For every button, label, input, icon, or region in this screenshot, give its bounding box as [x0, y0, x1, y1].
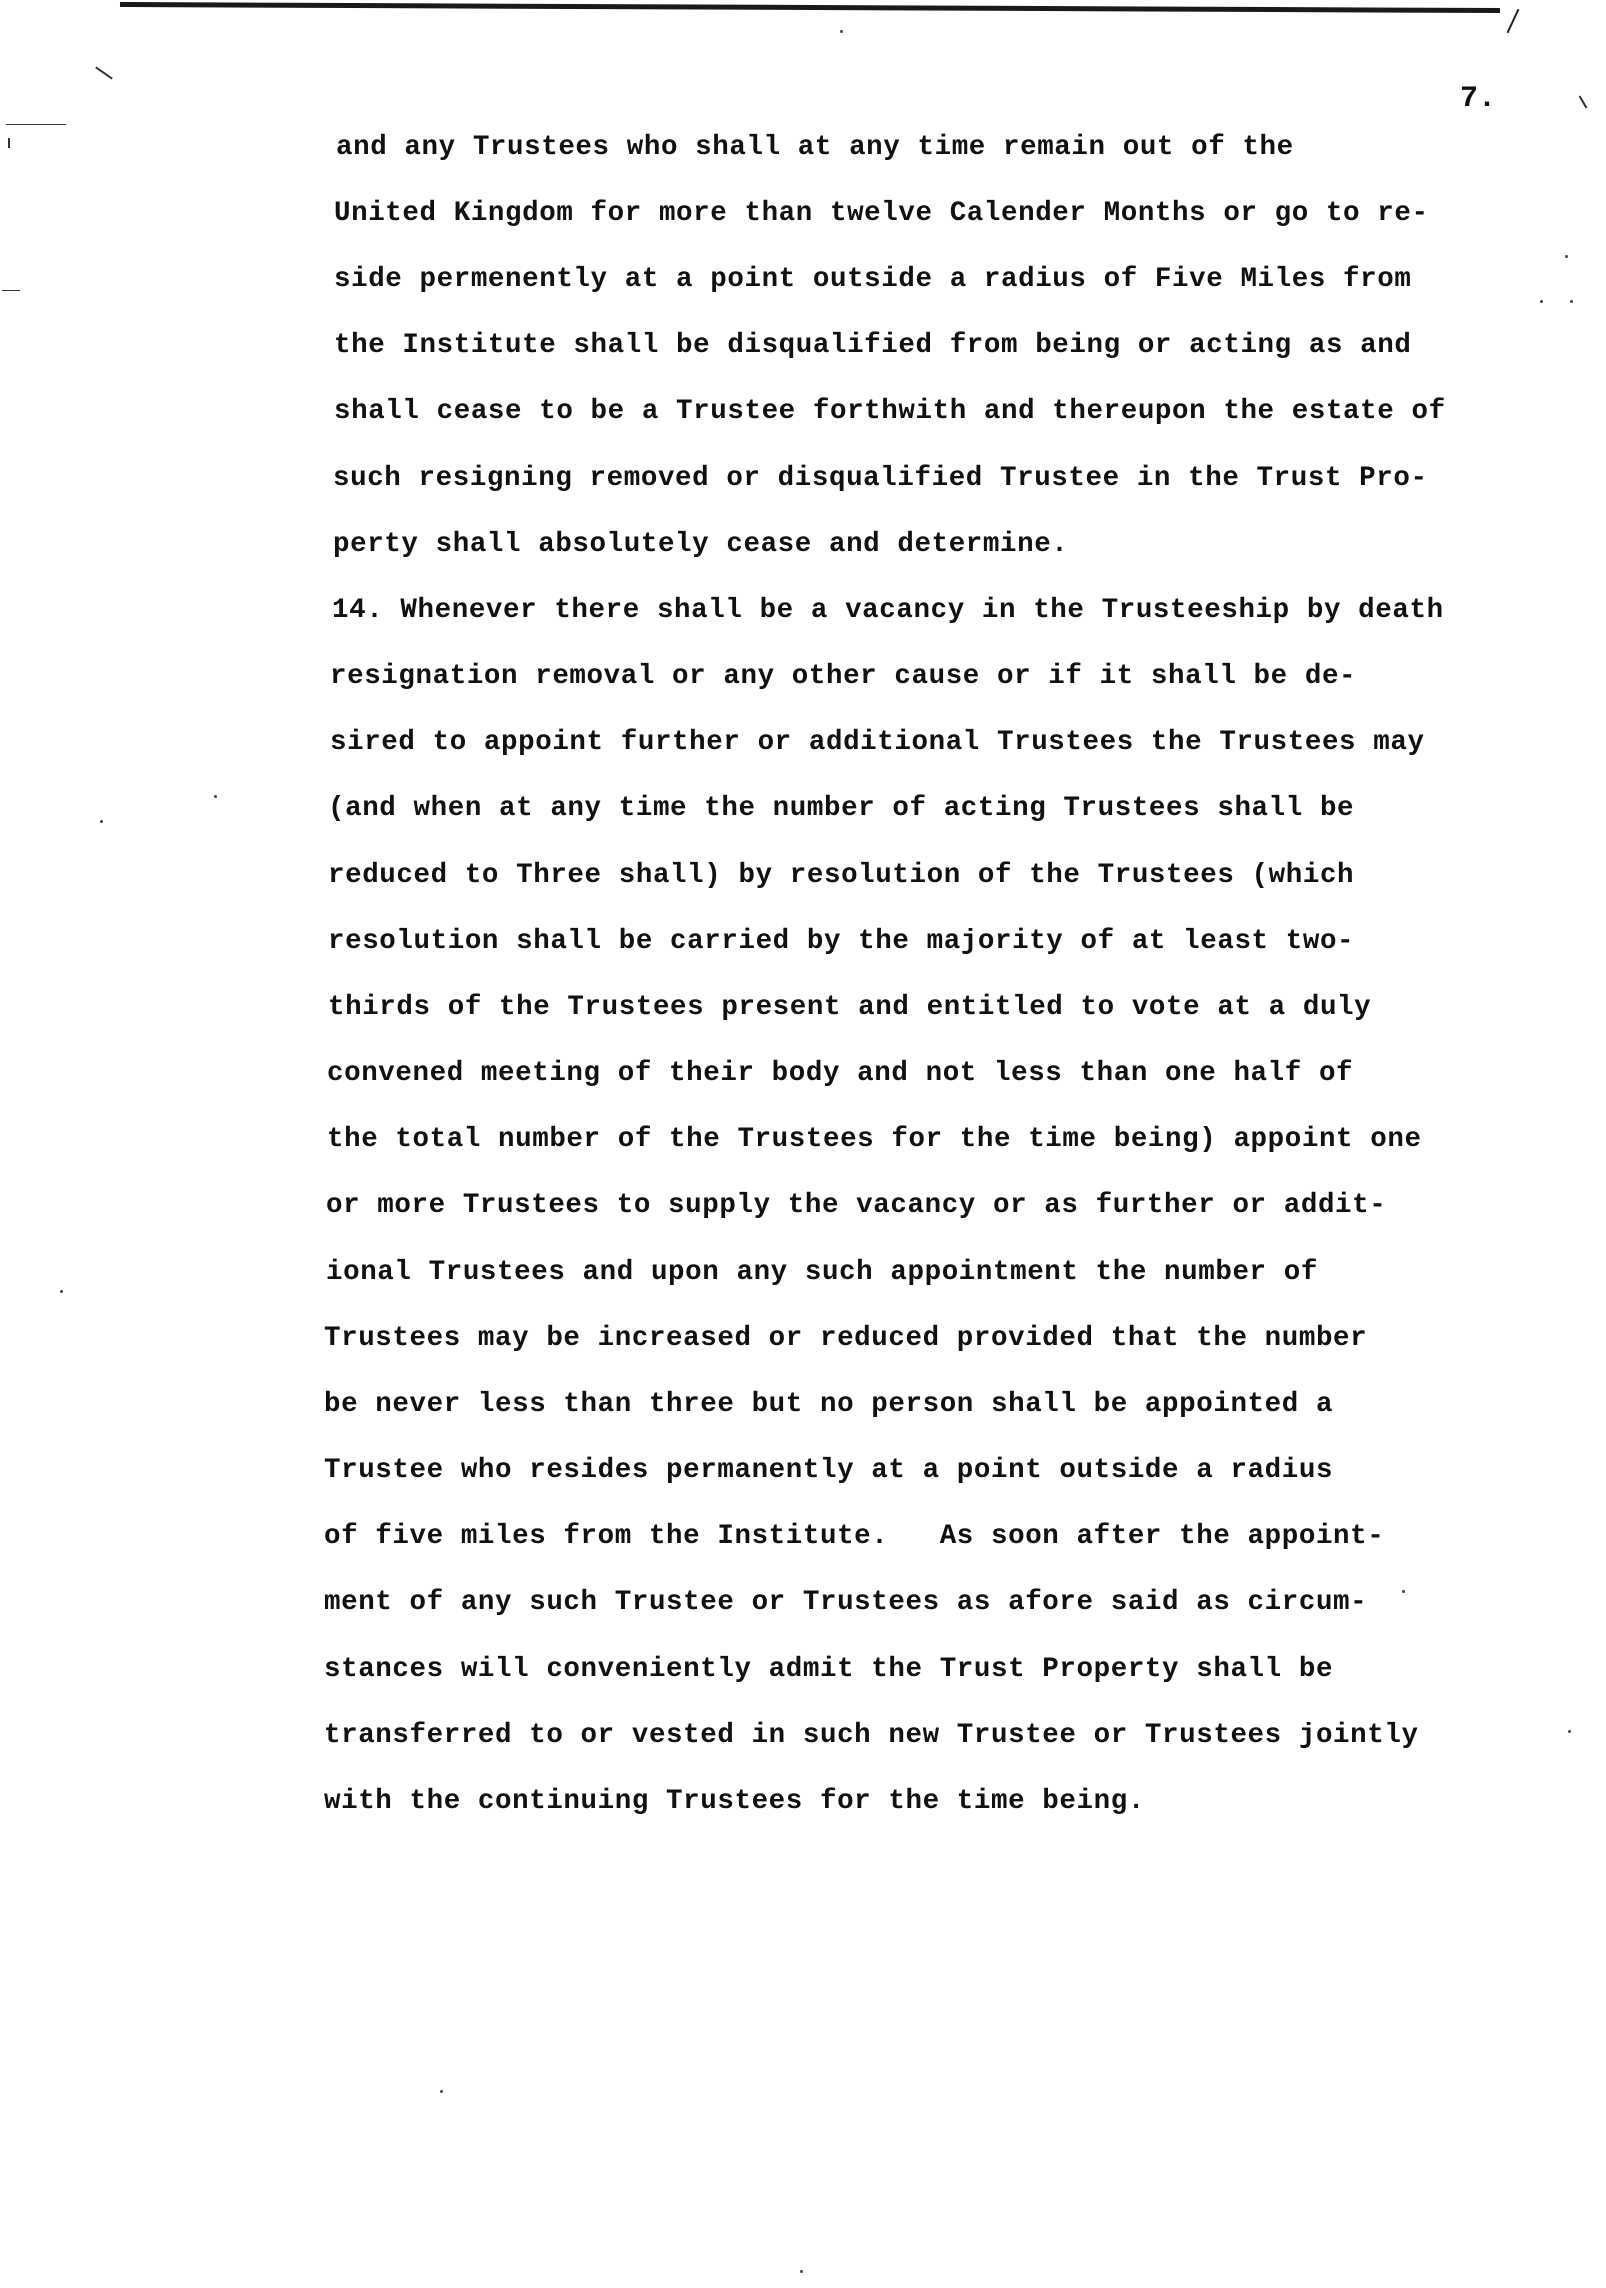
text-line: resignation removal or any other cause o… [330, 657, 1356, 697]
text-line: ional Trustees and upon any such appoint… [326, 1253, 1318, 1293]
paper-speck [214, 795, 217, 798]
margin-mark [2, 290, 20, 291]
text-line: side permenently at a point outside a ra… [334, 260, 1411, 300]
text-line: stances will conveniently admit the Trus… [324, 1650, 1333, 1690]
text-line: be never less than three but no person s… [324, 1385, 1333, 1425]
paper-speck [1540, 300, 1543, 303]
paper-speck [100, 820, 103, 823]
paper-speck [440, 2090, 443, 2093]
margin-mark [8, 138, 10, 148]
text-line: convened meeting of their body and not l… [327, 1054, 1353, 1094]
text-line: Trustees may be increased or reduced pro… [324, 1319, 1367, 1359]
text-line: of five miles from the Institute. As soo… [324, 1517, 1384, 1557]
top-edge-rule [120, 2, 1500, 13]
text-line: and any Trustees who shall at any time r… [336, 128, 1294, 168]
margin-mark [95, 66, 113, 79]
paper-speck [1568, 1730, 1571, 1733]
text-line: reduced to Three shall) by resolution of… [328, 856, 1354, 896]
text-line: the Institute shall be disqualified from… [334, 326, 1411, 366]
text-line: Trustee who resides permanently at a poi… [324, 1451, 1333, 1491]
paper-speck [60, 1290, 63, 1293]
page-number: 7. [1460, 82, 1496, 116]
text-line: with the continuing Trustees for the tim… [324, 1782, 1145, 1822]
text-line: or more Trustees to supply the vacancy o… [326, 1186, 1386, 1226]
margin-mark [1579, 95, 1588, 108]
text-line: 14. Whenever there shall be a vacancy in… [332, 591, 1444, 631]
text-line: United Kingdom for more than twelve Cale… [334, 194, 1429, 234]
paper-speck [1402, 1590, 1405, 1593]
text-line: shall cease to be a Trustee forthwith an… [334, 392, 1446, 432]
text-line: (and when at any time the number of acti… [328, 789, 1354, 829]
text-line: the total number of the Trustees for the… [327, 1120, 1422, 1160]
paper-speck [800, 2270, 803, 2273]
text-line: ment of any such Trustee or Trustees as … [324, 1583, 1367, 1623]
margin-mark [6, 124, 66, 125]
text-line: perty shall absolutely cease and determi… [333, 525, 1068, 565]
paper-speck [1565, 255, 1568, 258]
text-line: such resigning removed or disqualified T… [333, 459, 1428, 499]
paper-speck [1570, 300, 1573, 303]
text-line: sired to appoint further or additional T… [330, 723, 1425, 763]
text-line: thirds of the Trustees present and entit… [328, 988, 1371, 1028]
top-edge-tick-mark [1507, 9, 1520, 33]
text-line: resolution shall be carried by the major… [328, 922, 1354, 962]
paper-speck [840, 30, 843, 33]
text-line: transferred to or vested in such new Tru… [324, 1716, 1419, 1756]
